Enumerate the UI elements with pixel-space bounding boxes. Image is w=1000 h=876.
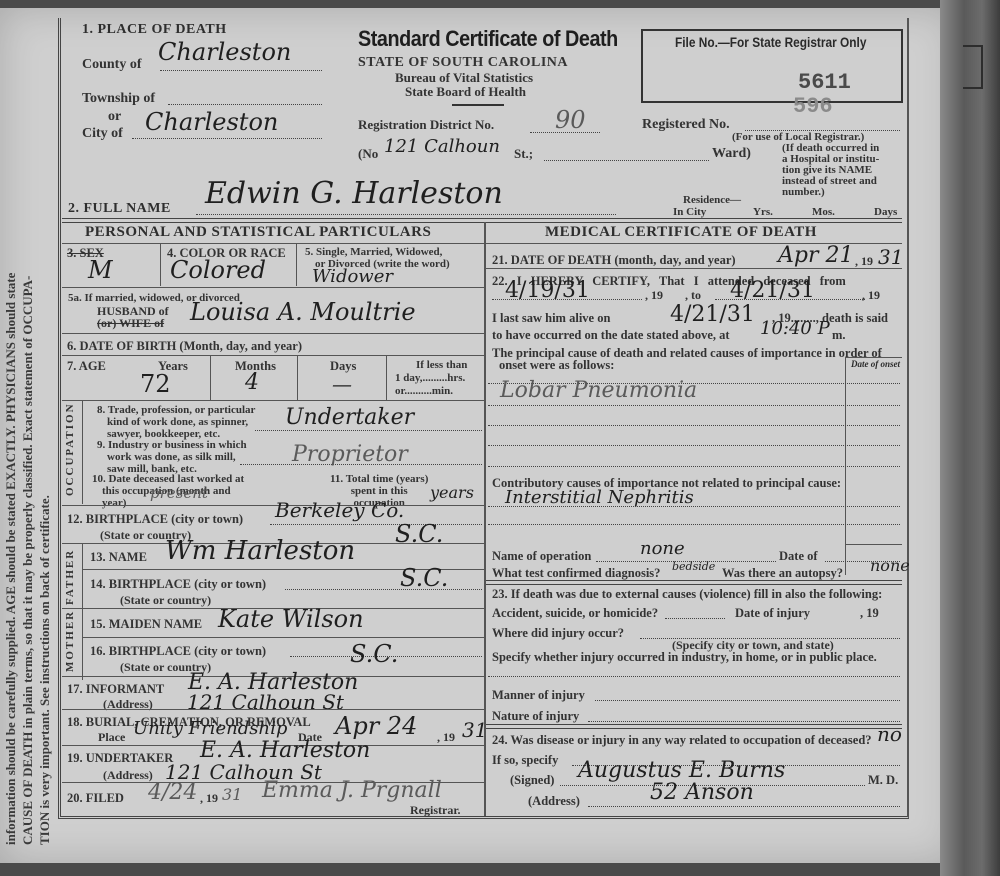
total-time-value: years bbox=[430, 483, 474, 502]
filed-year-value: 31 bbox=[222, 785, 242, 804]
ward-label: Ward) bbox=[712, 146, 751, 162]
cause-line bbox=[488, 506, 900, 507]
filed-year-prefix: , 19 bbox=[200, 791, 218, 806]
cell-divider bbox=[296, 243, 297, 286]
father-bp-state-label: (State or country) bbox=[120, 593, 211, 608]
address-line bbox=[588, 806, 900, 807]
test-label: What test confirmed diagnosis? bbox=[492, 566, 660, 581]
file-number: 5611 bbox=[798, 70, 851, 95]
margin-line-3: TION is very important. See instructions… bbox=[36, 15, 53, 845]
total-time-label-line: 11. Total time (years) bbox=[330, 473, 428, 485]
undertaker-label: 19. UNDERTAKER bbox=[67, 751, 173, 766]
injury-date-label: Date of injury bbox=[735, 606, 810, 621]
age-months: 4 bbox=[245, 370, 259, 395]
section-divider bbox=[62, 218, 902, 223]
mos-label: Mos. bbox=[812, 206, 835, 218]
father-name-value: Wm Harleston bbox=[165, 536, 355, 566]
registrar-signature: Emma J. Prgnall bbox=[262, 778, 442, 803]
industry-label-line: 9. Industry or business in which bbox=[97, 439, 247, 451]
total-time-label-line: spent in this bbox=[330, 485, 428, 497]
nature-line bbox=[588, 721, 900, 722]
burial-place-value: Unity Friendship bbox=[133, 718, 287, 739]
manner-line bbox=[595, 700, 900, 701]
full-name-value: Edwin G. Harleston bbox=[205, 176, 503, 211]
informant-label: 17. INFORMANT bbox=[67, 682, 164, 697]
father-name-label: 13. NAME bbox=[90, 550, 147, 565]
street-line bbox=[544, 160, 709, 161]
cell-divider bbox=[160, 243, 161, 286]
age-label: 7. AGE bbox=[67, 359, 106, 374]
mother-vertical-label: MOTHER bbox=[64, 610, 76, 672]
margin-instructions: information should be carefully supplied… bbox=[2, 15, 53, 845]
trade-value: Undertaker bbox=[285, 405, 414, 430]
in-city-label: In City bbox=[673, 206, 706, 218]
reg-district-label: Registration District No. bbox=[358, 117, 494, 133]
registered-no-label: Registered No. bbox=[642, 117, 730, 133]
trade-label-line: kind of work done, as spinner, bbox=[97, 416, 255, 428]
township-line bbox=[168, 104, 322, 105]
occupation-related-value: no bbox=[877, 722, 902, 746]
county-line bbox=[160, 70, 322, 71]
principal-label-2: onset were as follows: bbox=[499, 358, 614, 373]
filed-label: 20. FILED bbox=[67, 791, 124, 806]
last-saw-value: 4/21/31 bbox=[670, 302, 755, 327]
hospital-note: (If death occurred in a Hospital or inst… bbox=[782, 143, 879, 198]
cause-line bbox=[488, 405, 900, 406]
file-number-secondary: 596 bbox=[793, 94, 833, 119]
test-value: bedside bbox=[672, 560, 715, 573]
city-label: City of bbox=[82, 126, 123, 142]
spouse-value: Louisa A. Moultrie bbox=[190, 298, 416, 326]
date-of-onset-label: Date of onset bbox=[851, 359, 900, 369]
onset-line bbox=[845, 544, 902, 545]
attended-to-19: , 19 bbox=[862, 288, 880, 303]
father-vertical-label: FATHER bbox=[64, 549, 76, 605]
street-prefix: (No bbox=[358, 146, 378, 162]
file-box-label: File No.—For State Registrar Only bbox=[675, 35, 866, 50]
binder-spine bbox=[940, 0, 1000, 876]
father-bp-value: S.C. bbox=[400, 564, 448, 592]
accident-label: Accident, suicide, or homicide? bbox=[492, 606, 658, 621]
birthplace-value: Berkeley Co. bbox=[275, 498, 404, 522]
binder-tab bbox=[963, 45, 983, 89]
if-so-label: If so, specify bbox=[492, 753, 558, 768]
date-of-label: Date of bbox=[779, 549, 818, 564]
attended-from-19: , 19 bbox=[645, 288, 663, 303]
to-label: , to bbox=[685, 288, 701, 303]
attended-from-value: 4/19/31 bbox=[505, 278, 590, 303]
signed-label: (Signed) bbox=[510, 773, 554, 788]
contributory-cause-value: Interstitial Nephritis bbox=[505, 487, 694, 508]
accident-line bbox=[665, 618, 725, 619]
cell-divider bbox=[297, 355, 298, 400]
birthplace-line bbox=[270, 524, 482, 525]
dod-value: Apr 21 bbox=[778, 243, 853, 268]
cause-line bbox=[488, 445, 900, 446]
informant-addr-value: 121 Calhoun St bbox=[187, 690, 344, 714]
dob-label: 6. DATE OF BIRTH (Month, day, and year) bbox=[67, 339, 302, 354]
board-name: State Board of Health bbox=[405, 84, 526, 100]
mother-divider bbox=[82, 608, 83, 680]
filed-date-value: 4/24 bbox=[148, 780, 197, 805]
residence-label: Residence— bbox=[683, 194, 741, 206]
last-worked-value: present bbox=[150, 484, 208, 502]
trade-label-line: 8. Trade, profession, or particular bbox=[97, 404, 255, 416]
city-value: Charleston bbox=[145, 108, 278, 136]
dod-label: 21. DATE OF DEATH (month, day, and year) bbox=[492, 253, 736, 268]
occupation-vertical-label: OCCUPATION bbox=[64, 402, 76, 496]
burial-year-prefix: , 19 bbox=[437, 730, 455, 745]
m-label: m. bbox=[832, 328, 846, 343]
mother-bp-label: 16. BIRTHPLACE (city or town) bbox=[90, 644, 266, 659]
father-divider bbox=[82, 543, 83, 616]
address-label: (Address) bbox=[528, 794, 580, 809]
trade-label: 8. Trade, profession, or particular kind… bbox=[97, 404, 255, 440]
city-line bbox=[132, 138, 322, 139]
yrs-label: Yrs. bbox=[753, 206, 773, 218]
row-line bbox=[62, 243, 484, 244]
address-value: 52 Anson bbox=[650, 780, 754, 805]
certificate-title: Standard Certificate of Death bbox=[358, 26, 618, 52]
cause-line bbox=[488, 425, 900, 426]
full-name-label: 2. FULL NAME bbox=[68, 201, 171, 217]
attended-to-value: 4/21/31 bbox=[730, 278, 815, 303]
row-line bbox=[62, 709, 484, 710]
street-value: 121 Calhoun bbox=[384, 136, 500, 157]
row-line bbox=[82, 637, 484, 638]
state-name: STATE OF SOUTH CAROLINA bbox=[358, 55, 568, 71]
row-line bbox=[62, 505, 484, 506]
margin-line-1: information should be carefully supplied… bbox=[2, 15, 19, 845]
dod-year-prefix: , 19 bbox=[855, 254, 873, 269]
sex-value: M bbox=[88, 256, 113, 284]
age-years: 72 bbox=[140, 370, 171, 398]
less-than-1: If less than bbox=[416, 359, 467, 371]
dod-year-value: 31 bbox=[878, 245, 903, 269]
row-line bbox=[62, 333, 484, 334]
burial-place-label: Place bbox=[98, 730, 125, 745]
occupation-related-label: 24. Was disease or injury in any way rel… bbox=[492, 733, 872, 748]
township-label: Township of bbox=[82, 91, 155, 107]
or-label: or bbox=[108, 109, 121, 125]
row-line bbox=[486, 580, 902, 585]
race-value: Colored bbox=[170, 256, 266, 284]
operation-value: none bbox=[640, 538, 685, 559]
father-bp-line bbox=[285, 589, 482, 590]
autopsy-label: Was there an autopsy? bbox=[722, 566, 843, 581]
injury-date-19: , 19 bbox=[860, 606, 879, 621]
hospital-note-line: number.) bbox=[782, 187, 879, 198]
mother-name-label: 15. MAIDEN NAME bbox=[90, 617, 202, 632]
specify-place-label: Specify whether injury occurred in indus… bbox=[492, 650, 877, 665]
county-value: Charleston bbox=[158, 38, 291, 66]
cause-line bbox=[488, 466, 900, 467]
days-label: Days bbox=[874, 206, 897, 218]
mother-bp-value: S.C. bbox=[350, 640, 398, 668]
burial-year-value: 31 bbox=[462, 718, 487, 742]
md-label: M. D. bbox=[868, 773, 898, 788]
header-rule bbox=[452, 104, 504, 106]
county-label: County of bbox=[82, 57, 142, 73]
row-line bbox=[486, 268, 902, 269]
burial-date-value: Apr 24 bbox=[335, 712, 417, 740]
less-than-3: or..........min. bbox=[395, 385, 453, 397]
reg-district-value: 90 bbox=[555, 106, 586, 134]
marital-label-1: 5. Single, Married, Widowed, bbox=[305, 246, 442, 258]
row-line bbox=[62, 400, 484, 401]
last-saw-label: I last saw him alive on bbox=[492, 311, 610, 326]
where-injury-label: Where did injury occur? bbox=[492, 626, 624, 641]
manner-label: Manner of injury bbox=[492, 688, 585, 703]
birthplace-label: 12. BIRTHPLACE (city or town) bbox=[67, 512, 243, 527]
trade-line bbox=[255, 430, 482, 431]
margin-line-2: CAUSE OF DEATH in plain terms, so that i… bbox=[19, 15, 36, 845]
row-line bbox=[62, 355, 484, 356]
full-name-line bbox=[196, 214, 616, 215]
cause-line bbox=[488, 524, 900, 525]
cell-divider bbox=[386, 355, 387, 400]
undertaker-addr-label: (Address) bbox=[103, 768, 153, 783]
age-days: — bbox=[332, 372, 352, 396]
registrar-label: Registrar. bbox=[410, 803, 461, 818]
place-of-death-label: 1. PLACE OF DEATH bbox=[82, 22, 227, 38]
father-bp-label: 14. BIRTHPLACE (city or town) bbox=[90, 577, 266, 592]
time-value: 10:40 P bbox=[760, 318, 830, 339]
street-suffix: St.; bbox=[514, 146, 533, 162]
operation-label: Name of operation bbox=[492, 549, 591, 564]
onset-header-line bbox=[845, 357, 902, 358]
cell-divider bbox=[210, 355, 211, 400]
marital-value: Widower bbox=[312, 266, 393, 287]
occurred-label: to have occurred on the date stated abov… bbox=[492, 328, 730, 343]
medical-section-title: MEDICAL CERTIFICATE OF DEATH bbox=[545, 224, 817, 241]
nature-label: Nature of injury bbox=[492, 709, 579, 724]
row-line bbox=[62, 287, 484, 288]
mother-name-value: Kate Wilson bbox=[218, 605, 364, 633]
occupation-divider bbox=[82, 400, 83, 504]
industry-label: 9. Industry or business in which work wa… bbox=[97, 439, 247, 475]
spouse-label-3: (or) WIFE of bbox=[97, 316, 164, 331]
less-than-2: 1 day,.........hrs. bbox=[395, 372, 465, 384]
specify-place-line bbox=[488, 676, 900, 677]
external-label: 23. If death was due to external causes … bbox=[492, 587, 882, 602]
autopsy-value: none bbox=[870, 556, 910, 575]
row-line bbox=[486, 724, 902, 729]
principal-cause-value: Lobar Pneumonia bbox=[500, 378, 697, 403]
industry-value: Proprietor bbox=[292, 442, 408, 467]
personal-section-title: PERSONAL AND STATISTICAL PARTICULARS bbox=[85, 224, 431, 241]
industry-label-line: work was done, as silk mill, bbox=[97, 451, 247, 463]
